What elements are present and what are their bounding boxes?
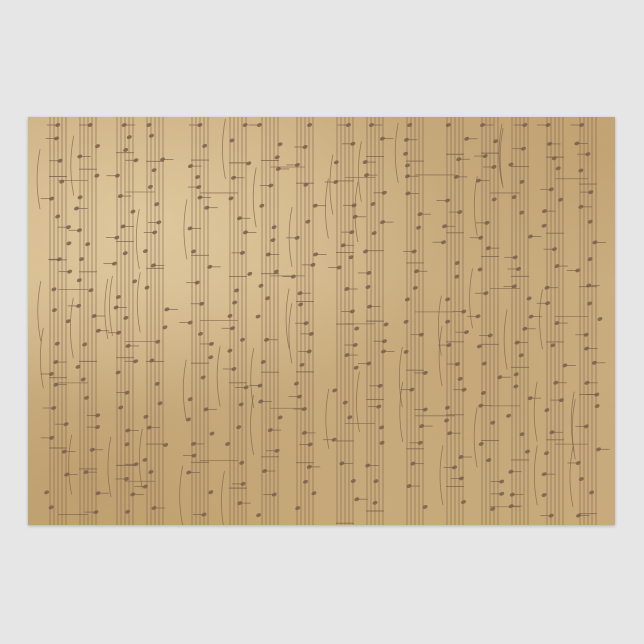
sheet-music-paper	[28, 117, 615, 525]
music-notation	[28, 117, 615, 525]
